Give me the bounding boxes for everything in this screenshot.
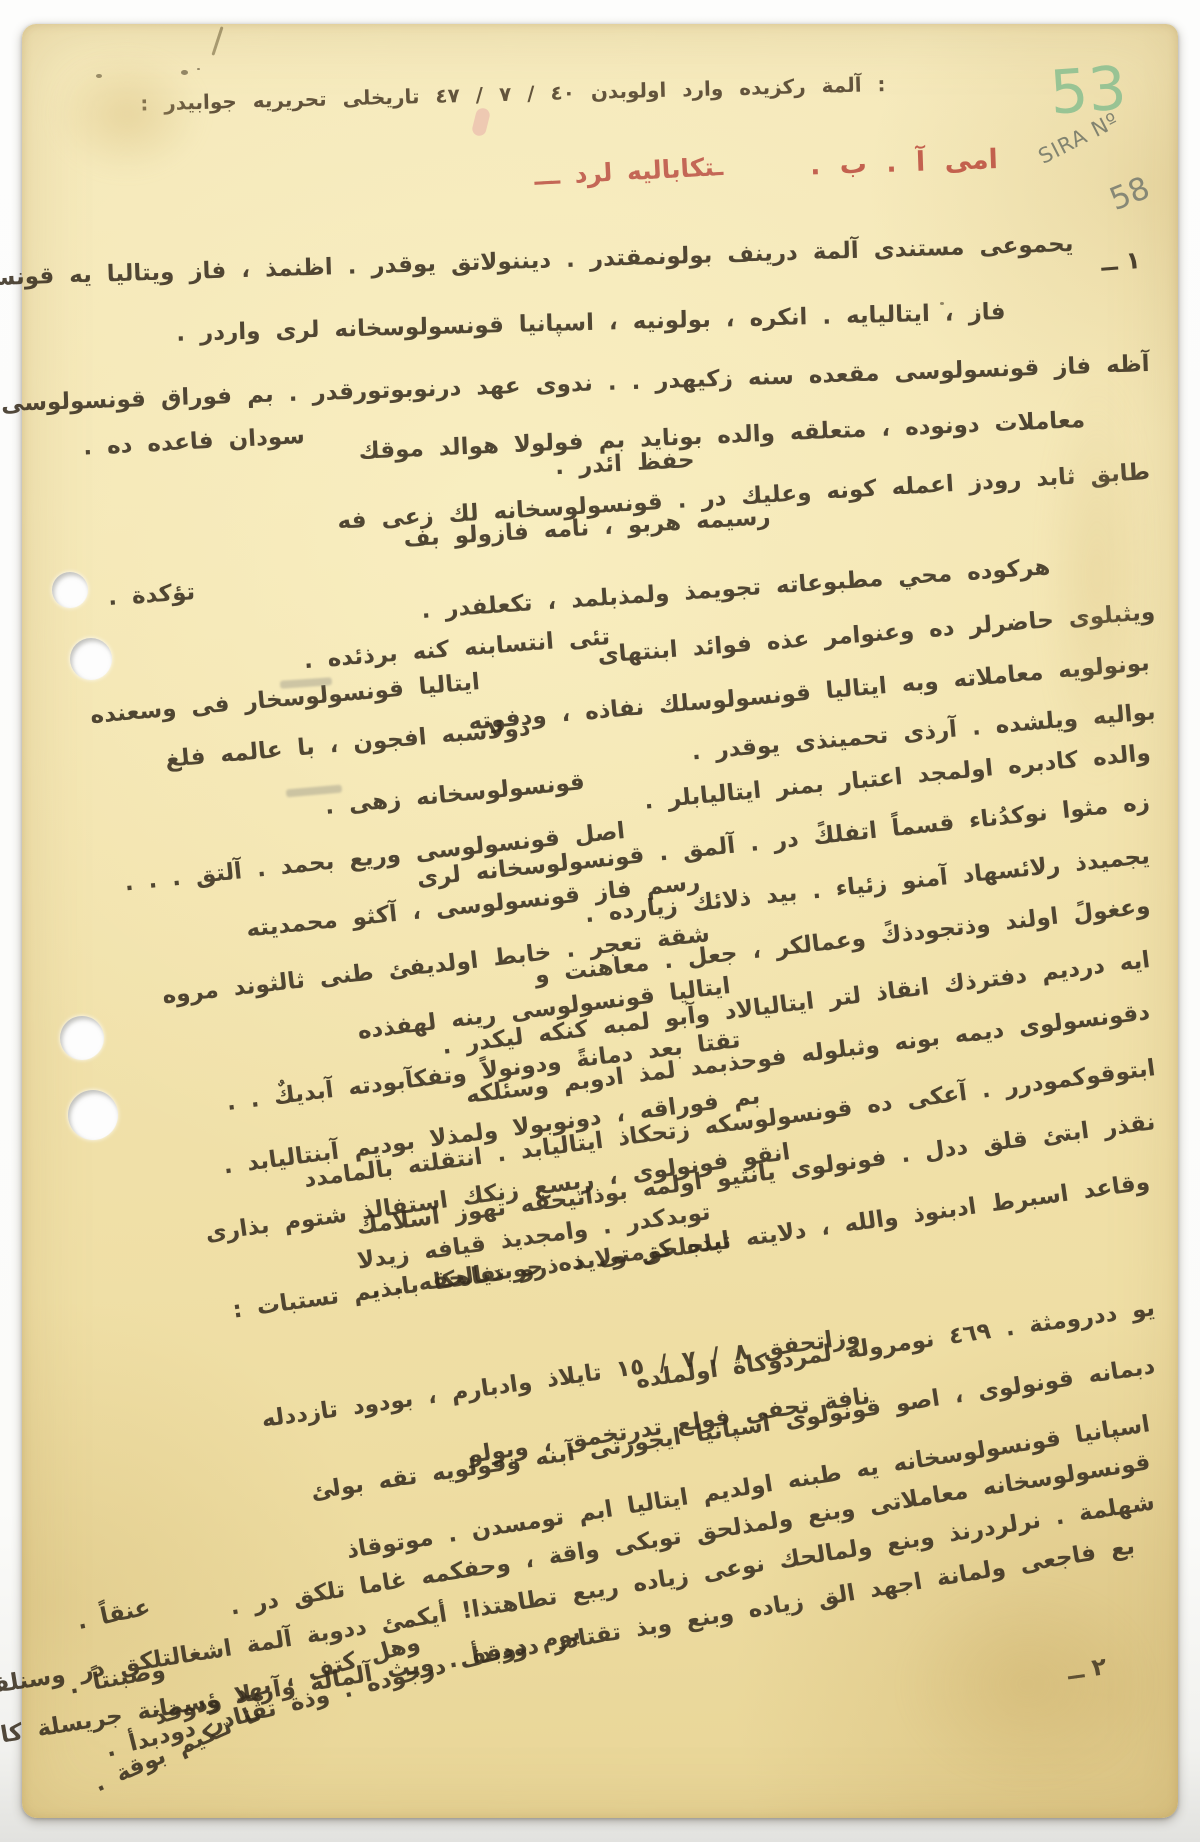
handwriting-line: يحموعى مستندى آلمة درينف بولونمقتدر . دي… [0, 232, 1073, 299]
document-header-line: : آلمة ركزيده وارد اولوبدن ٤٠ / ٧ / ٤٧ ت… [139, 72, 885, 116]
red-heading-script: ـتكاباليه لرد ـــ [533, 152, 723, 191]
paper-stain [1042, 364, 1152, 784]
paper-stain [52, 54, 202, 174]
handwriting-line: قونسولوسخانه زهى . [324, 770, 586, 820]
ink-bleed-mark [471, 107, 491, 138]
handwriting-line: دولاسبه افجون ، با عالمه فلغ [164, 716, 531, 773]
handwriting-line: معاملات دونوده ، متعلقه والده بونايد بم … [358, 408, 1086, 465]
handwriting-line: تئى انتسابنه كنه برذئده . [303, 625, 611, 674]
ink-speck [940, 302, 944, 305]
handwriting-line: سودان فاعده ده . [83, 424, 306, 461]
punch-hole [60, 1016, 104, 1060]
sira-number-value: 58 [1105, 170, 1155, 218]
handwriting-line: تؤكدة . [107, 580, 196, 611]
handwriting-line: عنقاً . [75, 1595, 153, 1635]
handwriting-line: حفظ ائدر . [555, 448, 696, 481]
red-heading-classification: امى آ . ب . [810, 144, 999, 182]
ink-scratch-mark [211, 26, 223, 55]
punch-hole [68, 1090, 118, 1140]
scan-canvas: { "annotations": { "green_page_number": … [0, 0, 1200, 1842]
document-page: 53 SIRA Nº 58 : آلمة ركزيده وارد اولوبدن… [22, 24, 1178, 1818]
punch-hole [70, 638, 112, 680]
paper-stain [902, 1584, 1152, 1784]
handwriting-line: ايتاليا قونسولوسخار فى وسعنده [90, 670, 481, 729]
ink-speck [197, 68, 200, 70]
paragraph-1-marker: ١ ــ [1100, 246, 1141, 277]
punch-hole [52, 572, 88, 608]
handwriting-line: فاز ، ايتاليايه . انكره ، بولونيه ، اسپا… [175, 300, 1005, 347]
